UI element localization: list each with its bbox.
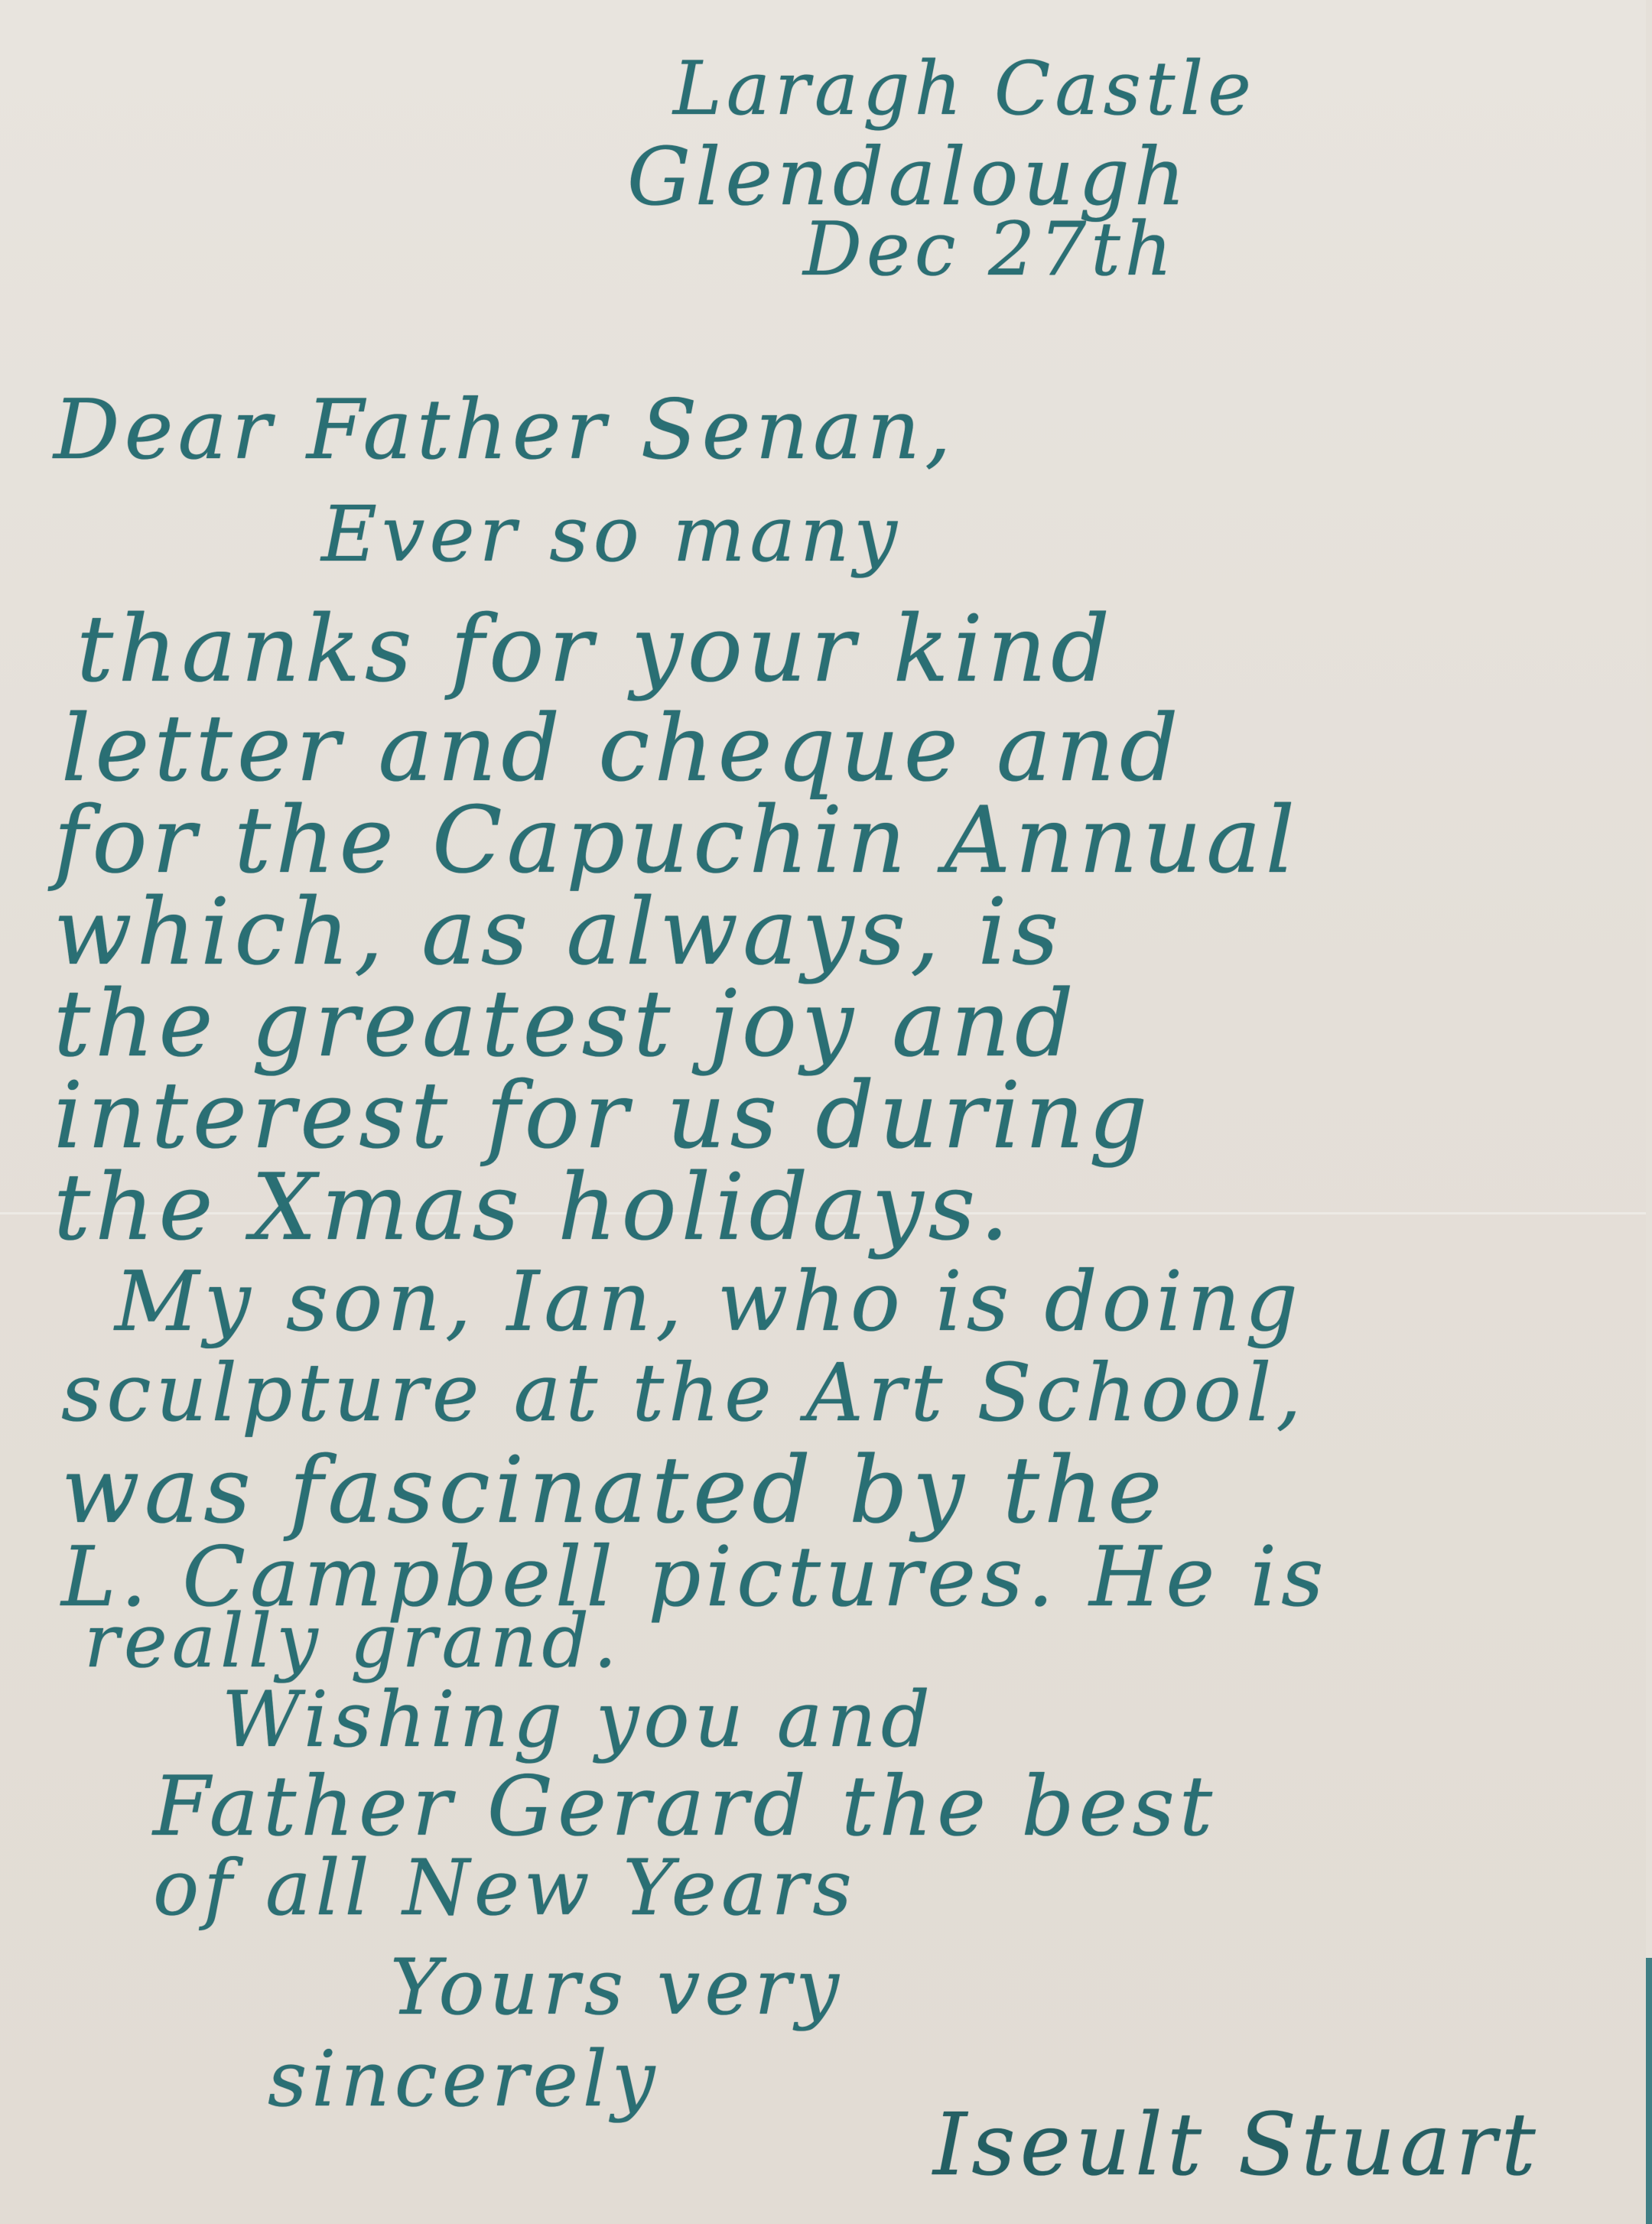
body-line: letter and cheque and bbox=[61, 696, 1183, 802]
signature: Iseult Stuart bbox=[933, 2096, 1540, 2195]
body-line: My son, Ian, who is doing bbox=[115, 1254, 1302, 1350]
background-edge bbox=[1646, 1958, 1652, 2224]
body-line: really grand. bbox=[84, 1598, 621, 1684]
letter-date: Dec 27th bbox=[803, 206, 1177, 292]
body-line: which, as always, is bbox=[54, 880, 1063, 986]
address-line-1: Laragh Castle bbox=[673, 46, 1256, 132]
body-line: Wishing you and bbox=[222, 1675, 935, 1764]
closing-line-1: Yours very bbox=[390, 1943, 844, 2032]
closing-line-2: sincerely bbox=[268, 2034, 659, 2124]
body-line: the greatest joy and bbox=[54, 971, 1078, 1078]
body-line: the Xmas holidays. bbox=[54, 1155, 1013, 1261]
salutation: Dear Father Senan, bbox=[54, 382, 955, 478]
body-line: sculpture at the Art School, bbox=[61, 1346, 1306, 1439]
body-line: thanks for your kind bbox=[76, 597, 1114, 703]
body-line: interest for us during bbox=[54, 1063, 1152, 1169]
body-line: Father Gerard the best bbox=[153, 1759, 1217, 1855]
body-line: was fascinated by the bbox=[61, 1438, 1166, 1544]
body-line: for the Capuchin Annual bbox=[54, 788, 1299, 894]
body-line: Ever so many bbox=[321, 489, 902, 579]
body-line: of all New Years bbox=[153, 1843, 857, 1933]
